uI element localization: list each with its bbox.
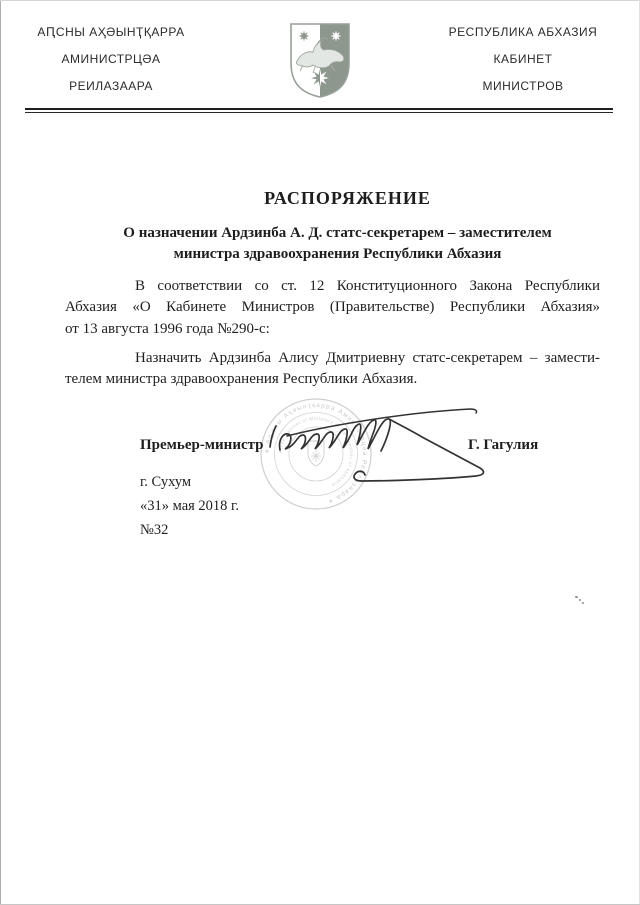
letterhead-line: РЕИЛАЗААРА bbox=[36, 73, 186, 100]
scan-speck bbox=[575, 596, 578, 598]
page-title: РАСПОРЯЖЕНИЕ bbox=[80, 188, 615, 209]
letterhead-line: АԤСНЫ АҲӘЫНҬҚАРРА bbox=[36, 19, 186, 46]
body-paragraph-appointment: Назначить Ардзинба Алису Дмитриевну стат… bbox=[65, 348, 600, 391]
subject-line: министра здравоохранения Республики Абха… bbox=[70, 244, 605, 265]
letterhead-left-abkhaz: АԤСНЫ АҲӘЫНҬҚАРРА АМИНИСТРЦӘА РЕИЛАЗААРА bbox=[36, 19, 186, 100]
paragraph-line: от 13 августа 1996 года №290-с: bbox=[65, 319, 600, 340]
document-place: г. Сухум bbox=[140, 474, 191, 491]
subject-line: О назначении Ардзинба А. Д. статс-секрет… bbox=[70, 223, 605, 244]
body-paragraph-legal-basis: В соответствии со ст. 12 Конституционног… bbox=[65, 276, 600, 340]
document-number: №32 bbox=[140, 522, 168, 539]
scan-speck bbox=[582, 602, 584, 604]
letterhead-line: АМИНИСТРЦӘА bbox=[36, 46, 186, 73]
signer-position-title: Премьер-министр bbox=[140, 437, 264, 454]
paragraph-line: В соответствии со ст. 12 Конституционног… bbox=[65, 276, 600, 297]
letterhead-line: РЕСПУБЛИКА АБХАЗИЯ bbox=[443, 19, 603, 46]
paragraph-line: Абхазия «О Кабинете Министров (Правитель… bbox=[65, 297, 600, 318]
signer-name: Г. Гагулия bbox=[468, 437, 538, 454]
scanned-document-page: АԤСНЫ АҲӘЫНҬҚАРРА АМИНИСТРЦӘА РЕИЛАЗААРА bbox=[0, 0, 640, 905]
signature-scribble bbox=[250, 395, 500, 495]
document-subject: О назначении Ардзинба А. Д. статс-секрет… bbox=[70, 223, 605, 265]
paragraph-line: Назначить Ардзинба Алису Дмитриевну стат… bbox=[65, 348, 600, 369]
coat-of-arms-icon bbox=[287, 21, 353, 99]
scan-speck bbox=[579, 599, 581, 601]
scan-edge-top bbox=[0, 0, 640, 1]
document-date: «31» мая 2018 г. bbox=[140, 498, 239, 515]
scan-edge-left bbox=[0, 0, 1, 905]
letterhead-line: МИНИСТРОВ bbox=[443, 73, 603, 100]
letterhead-right-russian: РЕСПУБЛИКА АБХАЗИЯ КАБИНЕТ МИНИСТРОВ bbox=[443, 19, 603, 100]
letterhead-divider bbox=[25, 108, 613, 113]
letterhead-line: КАБИНЕТ bbox=[443, 46, 603, 73]
